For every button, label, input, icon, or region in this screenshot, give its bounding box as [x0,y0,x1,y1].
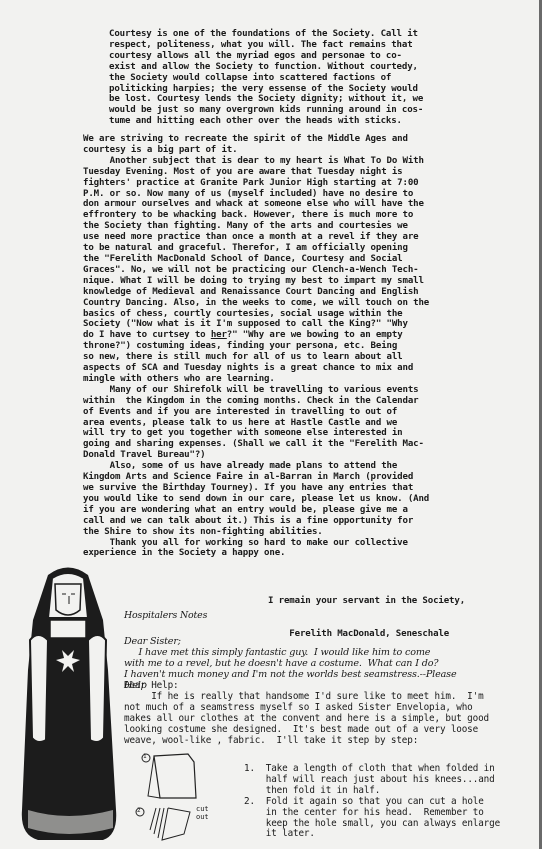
text-line: We are striving to recreate the spirit o… [83,134,429,145]
text-line: Thank you all for working so hard to mak… [83,538,429,549]
text-line: exist and allow the Society to function.… [109,62,423,73]
text-line: the Society than fighting. Many of the a… [83,221,429,232]
text-line: experience in the Society a happy one. [83,548,429,559]
reply-line: weave, wool-like , fabric. I'll take it … [124,736,489,747]
hospitalers-heading: Hospitalers Notes [124,611,207,622]
text-line: tume and hitting each other over the hea… [109,116,423,127]
text-line: Tuesday Evening. Most of you are aware t… [83,167,429,178]
text-line: Kingdom Arts and Science Faire in al-Bar… [83,472,429,483]
text-line: throne?") costuming ideas, finding your … [83,341,429,352]
text-line: Courtesy is one of the foundations of th… [109,29,423,40]
text-line: within the Kingdom in the coming months.… [83,396,429,407]
text-line: the Society would collapse into scattere… [109,73,423,84]
text-line: be lost. Courtesy lends the Society dign… [109,94,423,105]
step-line: in the center for his head. Remember to [244,808,500,819]
text-line: the "Ferelith MacDonald School of Dance,… [83,254,429,265]
text-line: Another subject that is dear to my heart… [83,156,429,167]
text-line: to be natural and graceful. Therefor, I … [83,243,429,254]
underlined-word: her [211,330,227,340]
signature-closing: I remain your servant in the Society, [268,596,465,607]
text-line: respect, politeness, what you will. The … [109,40,423,51]
cut-label: cut [196,805,209,813]
nun-illustration [8,560,128,845]
text-line: effrontery to be whacking back. However,… [83,210,429,221]
text-line: so new, there is still much for all of u… [83,352,429,363]
text-line: Donald Travel Bureau"?) [83,450,429,461]
text-line: do I have to curtsey to her?" "Why are w… [83,330,429,341]
intro-paragraph: Courtesy is one of the foundations of th… [109,29,423,127]
text-line: going and sharing expenses. (Shall we ca… [83,439,429,450]
text-line: call and we can talk about it.) This is … [83,516,429,527]
text-line: fighters' practice at Granite Park Junio… [83,178,429,189]
text-line: courtesy is a big part of it. [83,145,429,156]
text-line: mingle with others who are learning. [83,374,429,385]
text-line: knowledge of Medieval and Renaissance Co… [83,287,429,298]
text-line: Country Dancing. Also, in the weeks to c… [83,298,429,309]
text-line: will try to get you together with someon… [83,428,429,439]
letter-line: I haven't much money and I'm not the wor… [124,670,456,681]
text-line: Graces". No, we will not be practicing o… [83,265,429,276]
steps-list: 1. Take a length of cloth that when fold… [244,764,500,840]
text-line: aspects of SCA and Tuesday nights is a g… [83,363,429,374]
text-line: if you are wondering what an entry would… [83,505,429,516]
body-text: We are striving to recreate the spirit o… [83,134,429,559]
step-line: 2. Fold it again so that you can cut a h… [244,797,500,808]
text-line: courtesy allows all the myriad egos and … [109,51,423,62]
text-line: we survive the Birthday Tourney). If you… [83,483,429,494]
reply-line: looking costume she designed. It's best … [124,725,489,736]
text-line: Also, some of us have already made plans… [83,461,429,472]
text-line: of Events and if you are interested in t… [83,407,429,418]
text-line: Society ("Now what is it I'm supposed to… [83,319,429,330]
text-line: use need more practice than once a month… [83,232,429,243]
reply-line: makes all our clothes at the convent and… [124,714,489,725]
text-line: politicking harpies; the very essense of… [109,84,423,95]
text-line: you would like to send down in our care,… [83,494,429,505]
text-line: P.M. or so. Now many of us (myself inclu… [83,189,429,200]
step-line: it later. [244,829,500,840]
text-line: area events, please talk to us here at H… [83,418,429,429]
reply-text: Dear Help: If he is really that handsome… [124,681,489,746]
text-line: would be just so many overgrown kids run… [109,105,423,116]
out-label: out [196,813,209,821]
text-line: basics of chess, courtly courtesies, soc… [83,309,429,320]
text-line: Many of our Shirefolk will be travelling… [83,385,429,396]
text-line: the Shire to show its non-fighting abili… [83,527,429,538]
step2-marker: 2 [137,807,141,814]
text-line: don armour ourselves and whack at someon… [83,199,429,210]
text-line: nique. What I will be doing to trying my… [83,276,429,287]
step1-marker: 1 [143,753,147,760]
costume-diagram: 1 2 cut out [130,750,250,849]
